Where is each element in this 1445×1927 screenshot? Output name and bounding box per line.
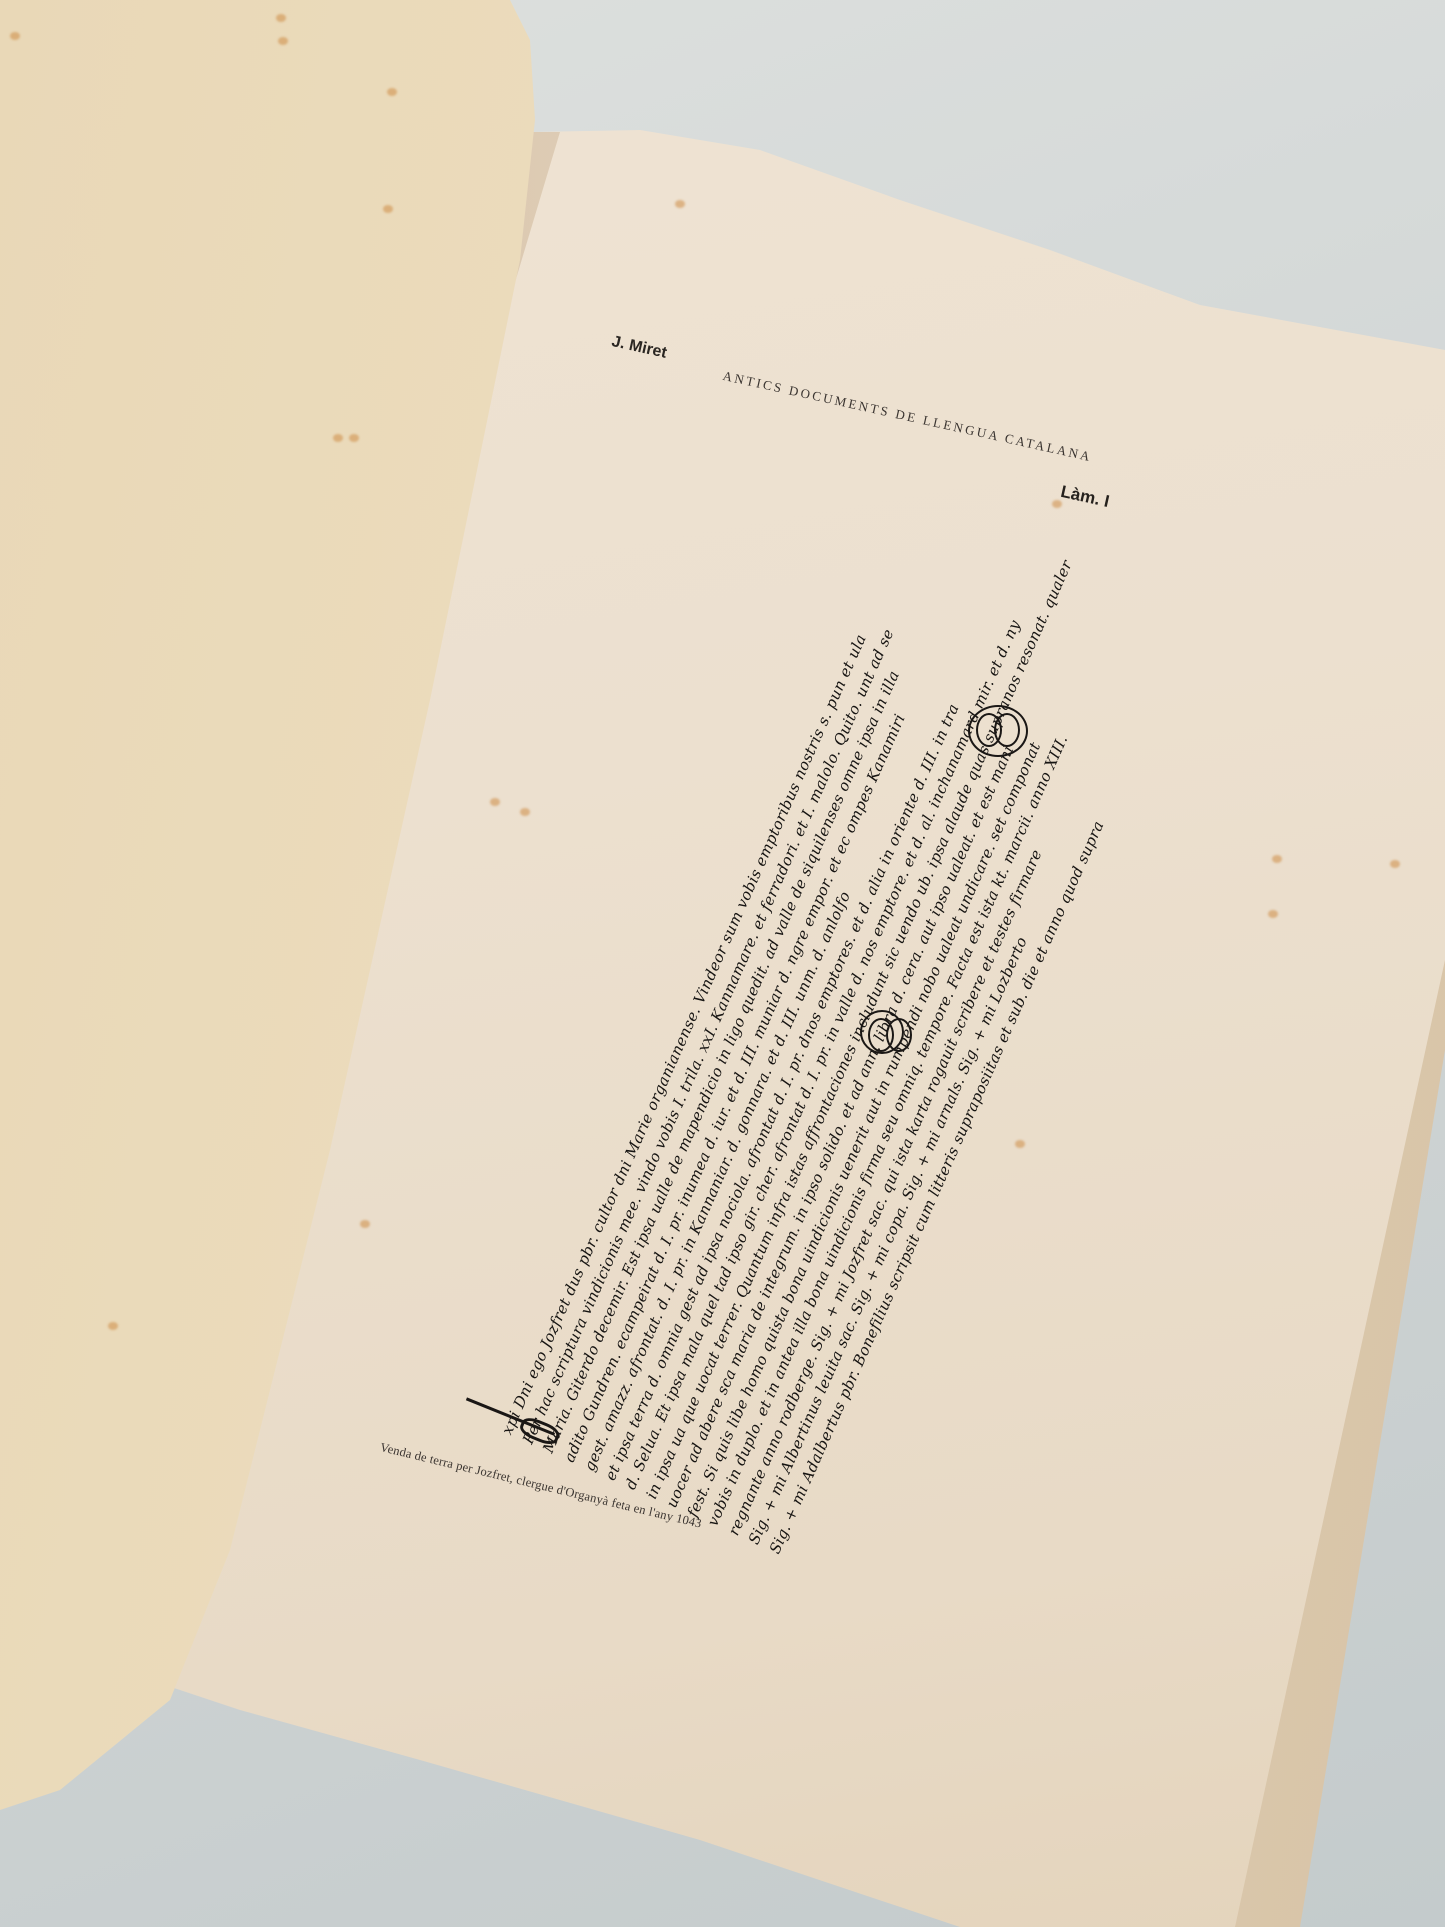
foxing-stain (10, 32, 20, 40)
monogram-seal-icon (860, 1010, 904, 1054)
book-photo: J. Miret ANTICS DOCUMENTS DE LLENGUA CAT… (0, 0, 1445, 1927)
foxing-stain (490, 798, 500, 806)
foxing-stain (1390, 860, 1400, 868)
foxing-stain (349, 434, 359, 442)
foxing-stain (1272, 855, 1282, 863)
foxing-stain (333, 434, 343, 442)
monogram-seal-icon (968, 705, 1028, 757)
foxing-stain (108, 1322, 118, 1330)
foxing-stain (387, 88, 397, 96)
foxing-stain (675, 200, 685, 208)
plate-number: Làm. I (1059, 482, 1111, 512)
foxing-stain (1268, 910, 1278, 918)
foxing-stain (278, 37, 288, 45)
foxing-stain (276, 14, 286, 22)
foxing-stain (1015, 1140, 1025, 1148)
foxing-stain (360, 1220, 370, 1228)
foxing-stain (383, 205, 393, 213)
foxing-stain (520, 808, 530, 816)
